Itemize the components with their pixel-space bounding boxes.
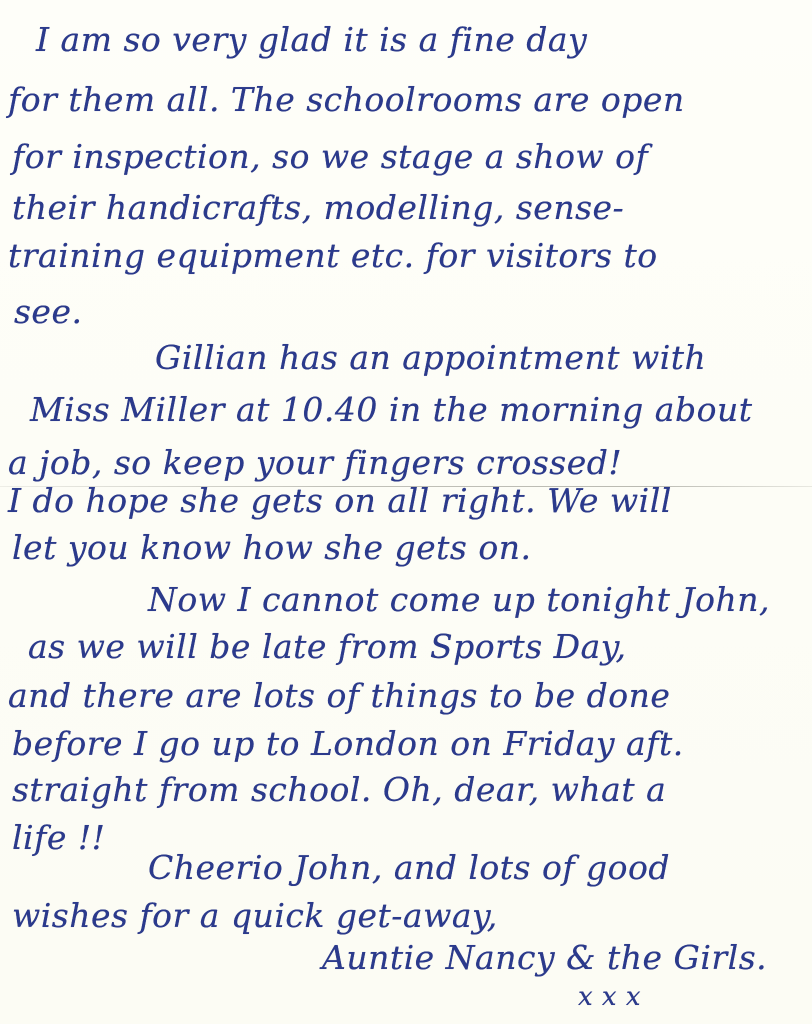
letter-line: see. bbox=[14, 292, 82, 331]
letter-line: Miss Miller at 10.40 in the morning abou… bbox=[30, 390, 752, 429]
letter-line: straight from school. Oh, dear, what a bbox=[12, 770, 666, 809]
letter-line: as we will be late from Sports Day, bbox=[28, 627, 627, 666]
letter-line: Now I cannot come up tonight John, bbox=[148, 580, 770, 619]
kisses: x x x bbox=[578, 982, 641, 1012]
letter-line: and there are lots of things to be done bbox=[8, 676, 670, 715]
letter-line: for inspection, so we stage a show of bbox=[12, 137, 648, 176]
letter-page: I am so very glad it is a fine day for t… bbox=[0, 0, 812, 1024]
letter-line: their handicrafts, modelling, sense- bbox=[12, 188, 624, 227]
letter-line: life !! bbox=[12, 818, 105, 857]
letter-line: let you know how she gets on. bbox=[12, 528, 531, 567]
letter-line: for them all. The schoolrooms are open bbox=[8, 80, 685, 119]
letter-line: wishes for a quick get-away, bbox=[12, 896, 498, 935]
letter-line: I do hope she gets on all right. We will bbox=[8, 481, 672, 520]
letter-line: training equipment etc. for visitors to bbox=[8, 236, 658, 275]
letter-line: Gillian has an appointment with bbox=[155, 338, 706, 377]
letter-line: a job, so keep your fingers crossed! bbox=[8, 443, 622, 482]
letter-line: I am so very glad it is a fine day bbox=[36, 20, 587, 59]
letter-line: Cheerio John, and lots of good bbox=[148, 848, 670, 887]
signature: Auntie Nancy & the Girls. bbox=[322, 938, 767, 977]
letter-line: before I go up to London on Friday aft. bbox=[12, 724, 684, 763]
